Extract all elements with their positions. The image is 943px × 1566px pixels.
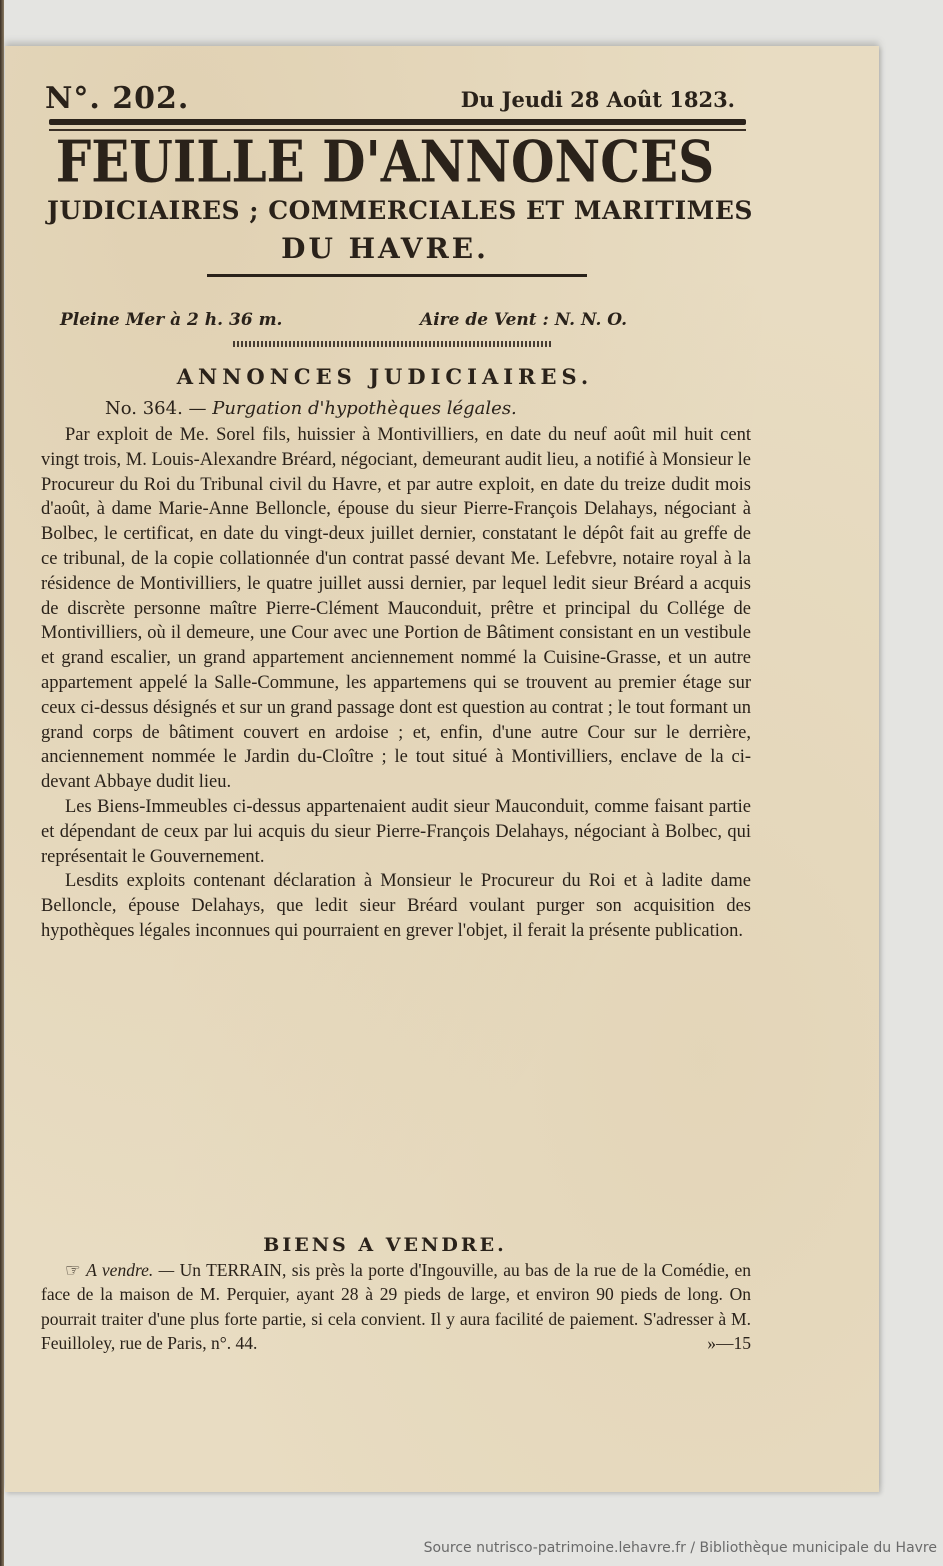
notice-heading: No. 364. — Purgation d'hypothèques légal…: [105, 398, 517, 419]
newspaper-subtitle: JUDICIAIRES ; COMMERCIALES ET MARITIMES: [40, 196, 760, 225]
section-heading-vendre: BIENS A VENDRE.: [5, 1234, 765, 1256]
masthead-top: N°. 202. Du Jeudi 28 Août 1823.: [45, 81, 735, 121]
wind-direction-info: Aire de Vent : N. N. O.: [420, 310, 627, 330]
paragraph: Les Biens-Immeubles ci-dessus appartenai…: [41, 795, 751, 869]
ad-mark: »—15: [683, 1331, 751, 1355]
ad-paragraph: ☞ A vendre. — Un TERRAIN, sis près la po…: [41, 1258, 751, 1356]
ornamental-rule: [233, 341, 553, 347]
high-tide-info: Pleine Mer à 2 h. 36 m.: [60, 310, 282, 330]
title-rule: [207, 274, 587, 277]
judicial-notice-body: Par exploit de Me. Sorel fils, huissier …: [41, 423, 751, 944]
pointing-hand-icon: ☞: [65, 1260, 81, 1280]
masthead-rule-thick: [49, 119, 746, 125]
paragraph: Par exploit de Me. Sorel fils, huissier …: [41, 423, 751, 795]
ad-label: A vendre. —: [86, 1260, 174, 1280]
issue-number: N°. 202.: [45, 81, 189, 116]
tide-wind-line: Pleine Mer à 2 h. 36 m. Aire de Vent : N…: [60, 310, 740, 334]
sale-advertisement: ☞ A vendre. — Un TERRAIN, sis près la po…: [41, 1258, 751, 1356]
paragraph: Lesdits exploits contenant déclaration à…: [41, 869, 751, 943]
source-caption: Source nutrisco-patrimoine.lehavre.fr / …: [424, 1540, 937, 1556]
newspaper-city: DU HAVRE.: [5, 232, 765, 265]
newspaper-title: FEUILLE D'ANNONCES: [5, 128, 765, 196]
issue-date: Du Jeudi 28 Août 1823.: [461, 87, 735, 112]
binding-edge: [0, 0, 4, 1566]
newspaper-page: N°. 202. Du Jeudi 28 Août 1823. FEUILLE …: [5, 46, 879, 1492]
section-heading-judiciaires: ANNONCES JUDICIAIRES.: [5, 364, 765, 389]
notice-number: No. 364. —: [105, 398, 207, 419]
notice-title: Purgation d'hypothèques légales.: [212, 398, 517, 419]
